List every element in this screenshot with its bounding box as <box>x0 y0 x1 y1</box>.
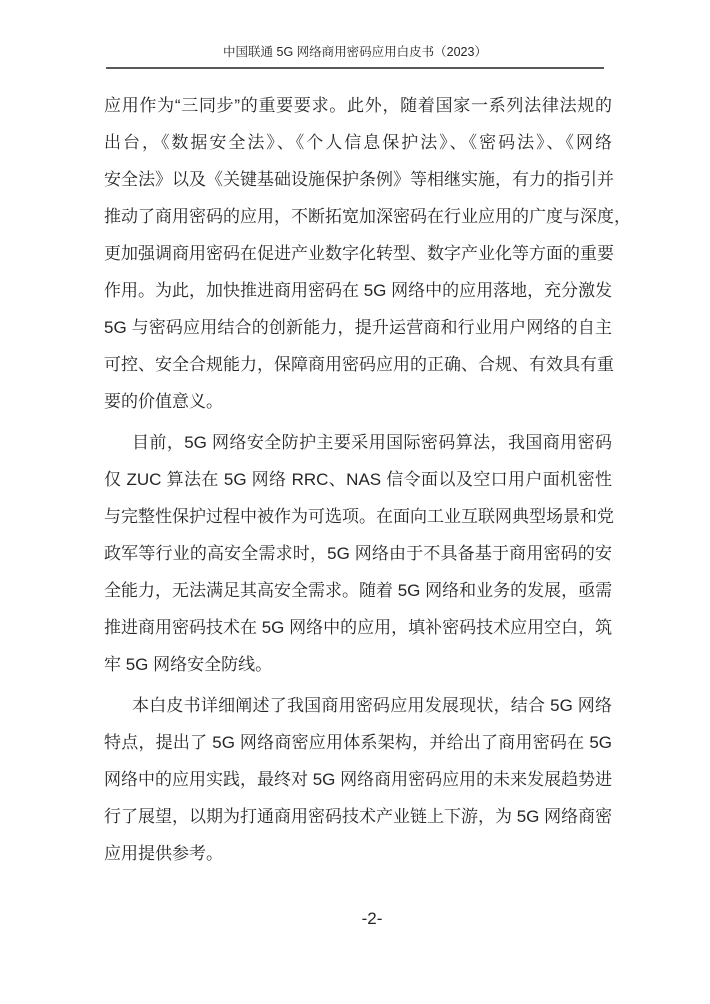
text-line: 牢 5G 网络安全防线。 <box>104 646 612 683</box>
document-page: 中国联通 5G 网络商用密码应用白皮书（2023） 应用作为“三同步”的重要要求… <box>0 0 710 1004</box>
text-line: 与完整性保护过程中被作为可选项。在面向工业互联网典型场景和党 <box>104 498 612 535</box>
text-line: 作用。为此，加快推进商用密码在 5G 网络中的应用落地，充分激发 <box>104 272 612 309</box>
text-line: 可控、安全合规能力，保障商用密码应用的正确、合规、有效具有重 <box>104 346 612 383</box>
text-line: 本白皮书详细阐述了我国商用密码应用发展现状，结合 5G 网络 <box>104 687 612 724</box>
page-footer: -2- <box>104 906 612 932</box>
text-line: 出台，《数据安全法》、《个人信息保护法》、《密码法》、《网络 <box>104 124 612 161</box>
text-line: 政军等行业的高安全需求时，5G 网络由于不具备基于商用密码的安 <box>104 535 612 572</box>
text-line: 更加强调商用密码在促进产业数字化转型、数字产业化等方面的重要 <box>104 235 612 272</box>
page-header: 中国联通 5G 网络商用密码应用白皮书（2023） <box>106 44 604 69</box>
text-line: 推动了商用密码的应用，不断拓宽加深密码在行业应用的广度与深度， <box>104 198 612 235</box>
page-body: 应用作为“三同步”的重要要求。此外，随着国家一系列法律法规的 出台，《数据安全法… <box>104 87 612 872</box>
text-line: 应用作为“三同步”的重要要求。此外，随着国家一系列法律法规的 <box>104 87 612 124</box>
text-line: 网络中的应用实践，最终对 5G 网络商用密码应用的未来发展趋势进 <box>104 761 612 798</box>
text-line: 行了展望，以期为打通商用密码技术产业链上下游，为 5G 网络商密 <box>104 798 612 835</box>
text-line: 5G 与密码应用结合的创新能力，提升运营商和行业用户网络的自主 <box>104 309 612 346</box>
text-line: 目前，5G 网络安全防护主要采用国际密码算法，我国商用密码 <box>104 424 612 461</box>
header-title: 中国联通 5G 网络商用密码应用白皮书（2023） <box>223 45 487 59</box>
paragraph-3: 本白皮书详细阐述了我国商用密码应用发展现状，结合 5G 网络 特点，提出了 5G… <box>104 687 612 872</box>
page-number: -2- <box>362 909 383 928</box>
text-line: 仅 ZUC 算法在 5G 网络 RRC、NAS 信令面以及空口用户面机密性 <box>104 461 612 498</box>
text-line: 特点，提出了 5G 网络商密应用体系架构，并给出了商用密码在 5G <box>104 724 612 761</box>
text-line: 推进商用密码技术在 5G 网络中的应用，填补密码技术应用空白，筑 <box>104 609 612 646</box>
text-line: 应用提供参考。 <box>104 835 612 872</box>
text-line: 全能力，无法满足其高安全需求。随着 5G 网络和业务的发展，亟需 <box>104 572 612 609</box>
paragraph-2: 目前，5G 网络安全防护主要采用国际密码算法，我国商用密码 仅 ZUC 算法在 … <box>104 424 612 683</box>
text-line: 要的价值意义。 <box>104 383 612 420</box>
text-line: 安全法》以及《关键基础设施保护条例》等相继实施，有力的指引并 <box>104 161 612 198</box>
paragraph-1: 应用作为“三同步”的重要要求。此外，随着国家一系列法律法规的 出台，《数据安全法… <box>104 87 612 420</box>
